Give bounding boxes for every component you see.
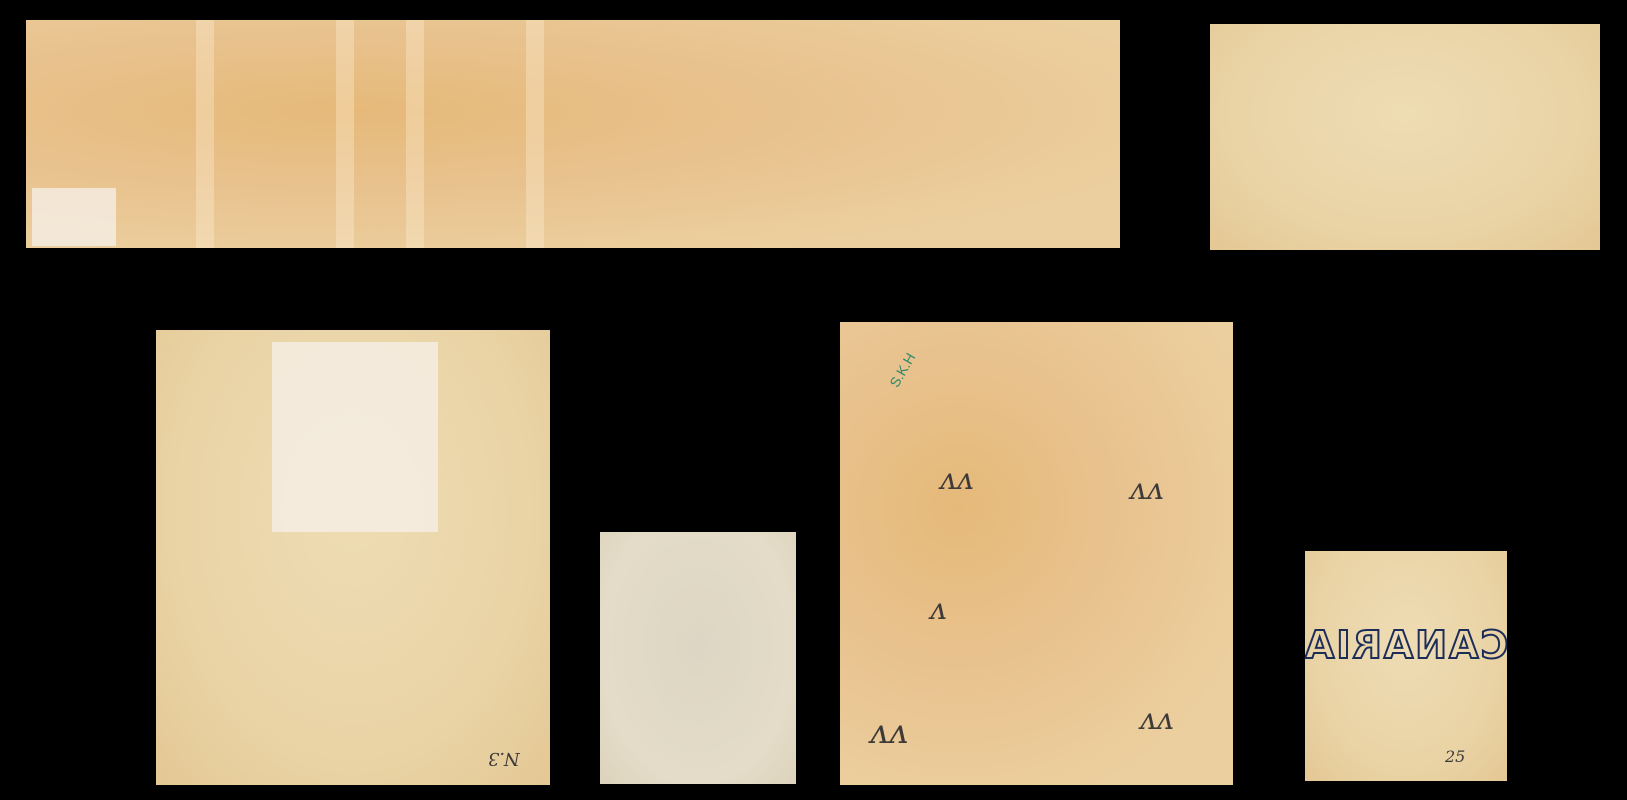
pencil-signature: ᴧᴧ (1130, 472, 1164, 507)
green-mark: S.K.H (886, 350, 918, 390)
pencil-signature: ᴧᴧ (870, 712, 908, 752)
stamp-overprint-single: CANARIA 25 (1305, 551, 1507, 781)
stamp-strip-top (26, 20, 1120, 248)
pencil-signature: ᴧ (930, 592, 947, 627)
stamp-small-grey (600, 532, 796, 784)
stamp-large-bottom-left: N.3 (156, 330, 550, 785)
hinge-remnant (32, 188, 116, 246)
stamp-block-center: S.K.H ᴧᴧ ᴧᴧ ᴧ ᴧᴧ ᴧᴧ (840, 322, 1233, 785)
hinge-remnant (272, 342, 438, 532)
mirrored-overprint: CANARIA (1305, 623, 1507, 667)
stamp-single-top-right (1210, 24, 1600, 250)
pencil-signature: ᴧᴧ (1140, 702, 1174, 737)
pencil-mark: 25 (1445, 747, 1465, 766)
pencil-mark: N.3 (488, 748, 520, 769)
pencil-signature: ᴧᴧ (940, 462, 974, 497)
